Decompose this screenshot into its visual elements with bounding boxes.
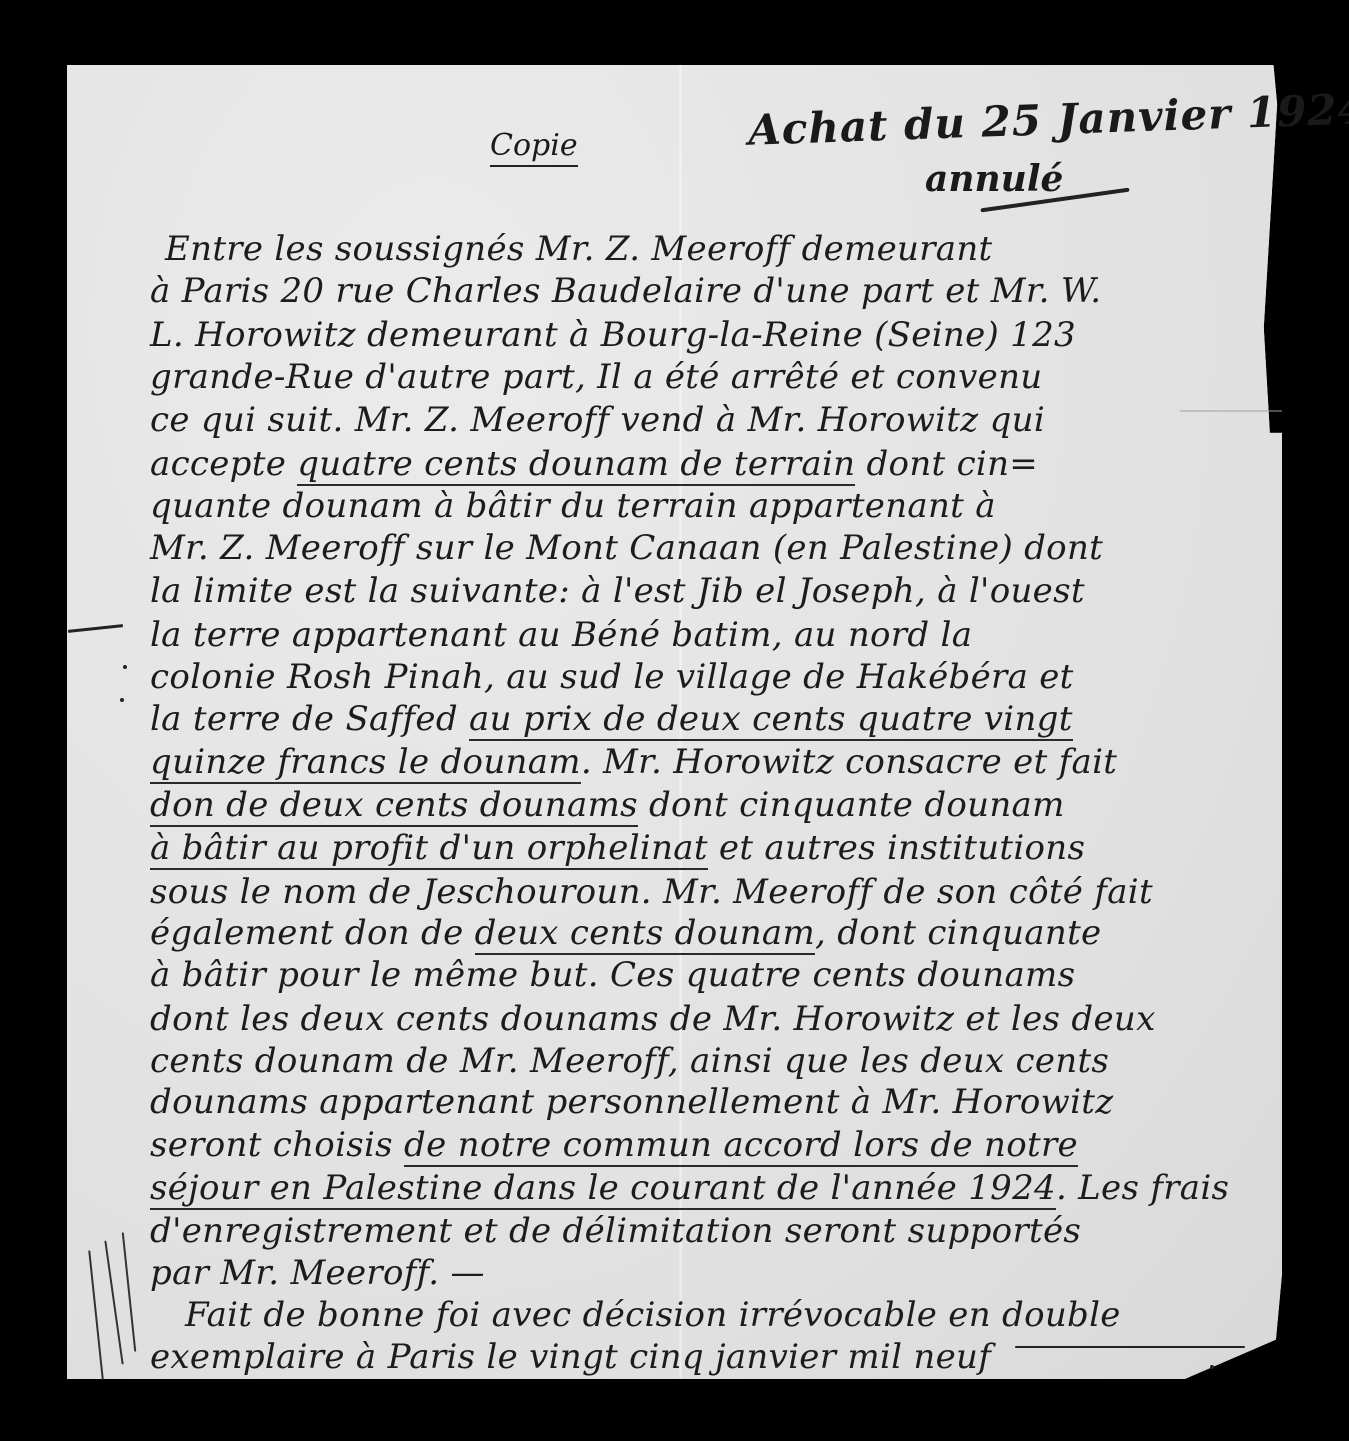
handwritten-line: Fait de bonne foi avec décision irrévoca… xyxy=(185,1298,1121,1332)
underlined-text: quatre cents dounam de terrain xyxy=(297,444,855,486)
line-text: accepte xyxy=(150,444,297,484)
handwritten-line: dounams appartenant personnellement à Mr… xyxy=(150,1085,1113,1119)
handwritten-line: cents dounam de Mr. Meeroff, ainsi que l… xyxy=(150,1044,1109,1078)
handwritten-line: d'enregistrement et de délimitation sero… xyxy=(150,1214,1081,1248)
line-text: et autres institutions xyxy=(708,828,1085,868)
underlined-text: séjour en Palestine dans le courant de l… xyxy=(150,1168,1056,1210)
handwritten-line: accepte quatre cents dounam de terrain d… xyxy=(150,447,1038,481)
underlined-text: de notre commun accord lors de notre xyxy=(404,1125,1078,1167)
handwritten-line: Entre les soussignés Mr. Z. Meeroff deme… xyxy=(165,232,993,266)
handwritten-line: exemplaire à Paris le vingt cinq janvier… xyxy=(150,1340,991,1374)
underlined-text: don de deux cents dounams xyxy=(150,785,638,827)
handwritten-line: grande-Rue d'autre part, Il a été arrêté… xyxy=(150,360,1043,394)
handwritten-line: la terre de Saffed au prix de deux cents… xyxy=(150,702,1073,736)
handwritten-line: également don de deux cents dounam, dont… xyxy=(150,916,1101,950)
underlined-text: quinze francs le dounam xyxy=(150,742,581,784)
underlined-text: à bâtir au profit d'un orphelinat xyxy=(150,828,708,870)
line-text: la terre de Saffed xyxy=(150,699,469,739)
handwritten-line: par Mr. Meeroff. — xyxy=(150,1256,485,1290)
handwritten-line: séjour en Palestine dans le courant de l… xyxy=(150,1171,1229,1205)
line-text: seront choisis xyxy=(150,1125,404,1165)
margin-dot xyxy=(120,698,124,702)
handwritten-line: la limite est la suivante: à l'est Jib e… xyxy=(150,574,1085,608)
handwritten-line: sous le nom de Jeschouroun. Mr. Meeroff … xyxy=(150,875,1153,909)
copie-heading: Copie xyxy=(490,128,578,167)
handwritten-line: à bâtir pour le même but. Ces quatre cen… xyxy=(150,958,1075,992)
paper-fold-line xyxy=(1180,410,1282,412)
handwritten-line: à bâtir au profit d'un orphelinat et aut… xyxy=(150,831,1085,865)
handwritten-line: quinze francs le dounam. Mr. Horowitz co… xyxy=(150,745,1117,779)
underlined-text: au prix de deux cents quatre vingt xyxy=(469,699,1073,741)
handwritten-line: ce qui suit. Mr. Z. Meeroff vend à Mr. H… xyxy=(150,403,1045,437)
line-text: dont cinquante dounam xyxy=(638,785,1065,825)
margin-dot xyxy=(123,665,127,669)
handwritten-line: dont les deux cents dounams de Mr. Horow… xyxy=(150,1002,1156,1036)
handwritten-line: quante dounam à bâtir du terrain apparte… xyxy=(150,489,996,523)
line-text: également don de xyxy=(150,913,475,953)
handwritten-line: à Paris 20 rue Charles Baudelaire d'une … xyxy=(150,274,1101,308)
annotation-annule: annulé xyxy=(925,158,1063,200)
line-text: . Les frais xyxy=(1056,1168,1229,1208)
underlined-text: deux cents dounam xyxy=(475,913,815,955)
handwritten-line: Mr. Z. Meeroff sur le Mont Canaan (en Pa… xyxy=(150,531,1103,565)
handwritten-line: colonie Rosh Pinah, au sud le village de… xyxy=(150,660,1074,694)
line-text: . Mr. Horowitz consacre et fait xyxy=(581,742,1117,782)
line-text: dont cin= xyxy=(855,444,1038,484)
handwritten-line: la terre appartenant au Béné batim, au n… xyxy=(150,618,972,652)
handwritten-line: don de deux cents dounams dont cinquante… xyxy=(150,788,1065,822)
handwritten-line: L. Horowitz demeurant à Bourg-la-Reine (… xyxy=(150,318,1076,352)
handwritten-line: seront choisis de notre commun accord lo… xyxy=(150,1128,1078,1162)
closing-line xyxy=(1015,1346,1245,1348)
ink-dot xyxy=(1210,1365,1214,1369)
line-text: , dont cinquante xyxy=(815,913,1101,953)
